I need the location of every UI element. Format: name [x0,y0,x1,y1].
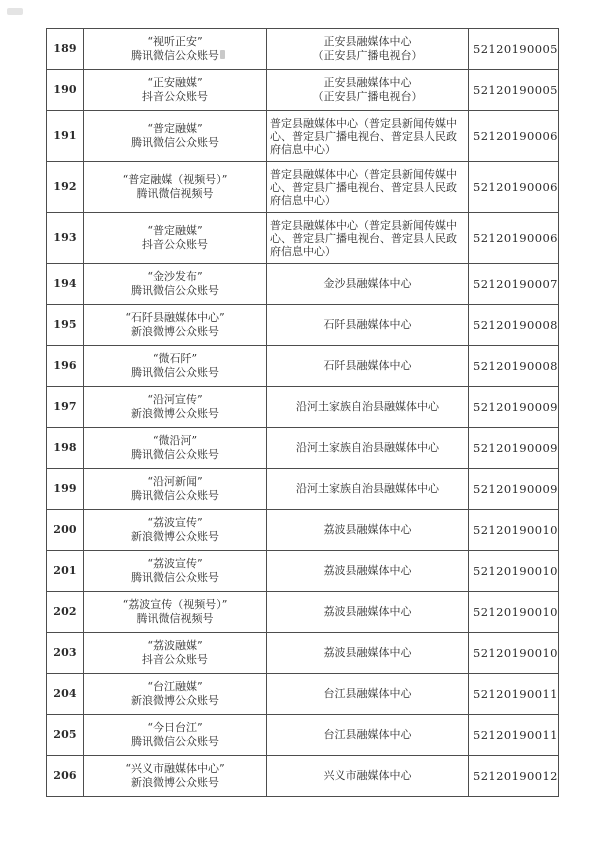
account-name: “视听正安” [88,35,262,49]
table-body: 189“视听正安”腾讯微信公众账号正安县融媒体中心 （正安县广播电视台）5212… [47,29,559,797]
account-cell: “荔波宣传”腾讯微信公众账号 [84,551,267,592]
row-number-cell: 190 [47,70,84,111]
account-cell: “普定融媒（视频号）”腾讯微信视频号 [84,162,267,213]
row-number-cell: 201 [47,551,84,592]
organization-cell: 兴义市融媒体中心 [267,756,469,797]
account-platform-type: 新浪微博公众账号 [88,776,262,790]
license-number-cell: 52120190009 [469,387,559,428]
account-platform-type: 腾讯微信视频号 [88,612,262,626]
organization-cell: 荔波县融媒体中心 [267,510,469,551]
account-cell: “兴义市融媒体中心”新浪微博公众账号 [84,756,267,797]
account-platform-type: 腾讯微信公众账号 [88,366,262,380]
account-cell: “今日台江”腾讯微信公众账号 [84,715,267,756]
license-number-cell: 52120190011 [469,674,559,715]
row-number-cell: 195 [47,305,84,346]
account-name: “今日台江” [88,721,262,735]
account-name: “普定融媒” [88,224,262,238]
table-row: 204“台江融媒”新浪微博公众账号台江县融媒体中心52120190011 [47,674,559,715]
account-name: “荔波宣传” [88,557,262,571]
account-platform-type: 抖音公众账号 [88,90,262,104]
account-name: “荔波宣传（视频号）” [88,598,262,612]
account-cell: “荔波宣传（视频号）”腾讯微信视频号 [84,592,267,633]
table-row: 201“荔波宣传”腾讯微信公众账号荔波县融媒体中心52120190010 [47,551,559,592]
license-number-cell: 52120190006 [469,111,559,162]
organization-cell: 台江县融媒体中心 [267,674,469,715]
account-platform-type: 新浪微博公众账号 [88,530,262,544]
row-number-cell: 205 [47,715,84,756]
table-row: 205“今日台江”腾讯微信公众账号台江县融媒体中心52120190011 [47,715,559,756]
account-platform-type: 新浪微博公众账号 [88,325,262,339]
license-number-cell: 52120190010 [469,510,559,551]
organization-cell: 正安县融媒体中心 （正安县广播电视台） [267,29,469,70]
row-number-cell: 193 [47,213,84,264]
account-platform-type: 抖音公众账号 [88,653,262,667]
organization-cell: 普定县融媒体中心（普定县新闻传媒中心、普定县广播电视台、普定县人民政府信息中心） [267,213,469,264]
account-platform-type: 腾讯微信公众账号 [88,284,262,298]
license-number-cell: 52120190009 [469,469,559,510]
table-row: 190“正安融媒”抖音公众账号正安县融媒体中心 （正安县广播电视台）521201… [47,70,559,111]
license-number-cell: 52120190007 [469,264,559,305]
table-row: 192“普定融媒（视频号）”腾讯微信视频号普定县融媒体中心（普定县新闻传媒中心、… [47,162,559,213]
organization-cell: 沿河土家族自治县融媒体中心 [267,428,469,469]
account-cell: “微沿河”腾讯微信公众账号 [84,428,267,469]
account-cell: “正安融媒”抖音公众账号 [84,70,267,111]
account-name: “普定融媒” [88,122,262,136]
scan-artifact [7,8,23,15]
license-number-cell: 52120190011 [469,715,559,756]
account-name: “荔波融媒” [88,639,262,653]
account-name: “正安融媒” [88,76,262,90]
account-name: “金沙发布” [88,270,262,284]
license-number-cell: 52120190006 [469,162,559,213]
table-row: 200“荔波宣传”新浪微博公众账号荔波县融媒体中心52120190010 [47,510,559,551]
organization-cell: 石阡县融媒体中心 [267,305,469,346]
license-number-cell: 52120190010 [469,592,559,633]
account-platform-type: 新浪微博公众账号 [88,407,262,421]
registration-table: 189“视听正安”腾讯微信公众账号正安县融媒体中心 （正安县广播电视台）5212… [46,28,559,797]
account-platform-type: 新浪微博公众账号 [88,694,262,708]
account-platform-type: 腾讯微信公众账号 [88,448,262,462]
account-platform-type: 腾讯微信公众账号 [88,571,262,585]
row-number-cell: 192 [47,162,84,213]
row-number-cell: 204 [47,674,84,715]
organization-cell: 荔波县融媒体中心 [267,551,469,592]
row-number-cell: 203 [47,633,84,674]
account-cell: “视听正安”腾讯微信公众账号 [84,29,267,70]
account-cell: “金沙发布”腾讯微信公众账号 [84,264,267,305]
row-number-cell: 202 [47,592,84,633]
row-number-cell: 199 [47,469,84,510]
account-name: “微石阡” [88,352,262,366]
account-name: “普定融媒（视频号）” [88,173,262,187]
account-cell: “荔波融媒”抖音公众账号 [84,633,267,674]
account-name: “荔波宣传” [88,516,262,530]
account-cell: “荔波宣传”新浪微博公众账号 [84,510,267,551]
license-number-cell: 52120190008 [469,305,559,346]
table-row: 206“兴义市融媒体中心”新浪微博公众账号兴义市融媒体中心52120190012 [47,756,559,797]
license-number-cell: 52120190012 [469,756,559,797]
row-number-cell: 196 [47,346,84,387]
row-number-cell: 191 [47,111,84,162]
document-page: 189“视听正安”腾讯微信公众账号正安县融媒体中心 （正安县广播电视台）5212… [0,0,600,856]
organization-cell: 荔波县融媒体中心 [267,633,469,674]
organization-cell: 石阡县融媒体中心 [267,346,469,387]
table-row: 198“微沿河”腾讯微信公众账号沿河土家族自治县融媒体中心52120190009 [47,428,559,469]
table-row: 199“沿河新闻”腾讯微信公众账号沿河土家族自治县融媒体中心5212019000… [47,469,559,510]
account-platform-type: 腾讯微信公众账号 [88,49,262,63]
account-name: “台江融媒” [88,680,262,694]
row-number-cell: 200 [47,510,84,551]
license-number-cell: 52120190006 [469,213,559,264]
account-cell: “普定融媒”抖音公众账号 [84,213,267,264]
organization-cell: 正安县融媒体中心 （正安县广播电视台） [267,70,469,111]
organization-cell: 普定县融媒体中心（普定县新闻传媒中心、普定县广播电视台、普定县人民政府信息中心） [267,162,469,213]
account-name: “沿河新闻” [88,475,262,489]
account-cell: “石阡县融媒体中心”新浪微博公众账号 [84,305,267,346]
row-number-cell: 198 [47,428,84,469]
account-name: “沿河宣传” [88,393,262,407]
account-platform-type: 腾讯微信公众账号 [88,735,262,749]
table-row: 203“荔波融媒”抖音公众账号荔波县融媒体中心52120190010 [47,633,559,674]
table-row: 189“视听正安”腾讯微信公众账号正安县融媒体中心 （正安县广播电视台）5212… [47,29,559,70]
account-name: “微沿河” [88,434,262,448]
account-name: “兴义市融媒体中心” [88,762,262,776]
license-number-cell: 52120190009 [469,428,559,469]
license-number-cell: 52120190005 [469,29,559,70]
table-row: 191“普定融媒”腾讯微信公众账号普定县融媒体中心（普定县新闻传媒中心、普定县广… [47,111,559,162]
account-platform-type: 腾讯微信视频号 [88,187,262,201]
row-number-cell: 206 [47,756,84,797]
table-row: 196“微石阡”腾讯微信公众账号石阡县融媒体中心52120190008 [47,346,559,387]
row-number-cell: 197 [47,387,84,428]
account-cell: “普定融媒”腾讯微信公众账号 [84,111,267,162]
account-cell: “沿河宣传”新浪微博公众账号 [84,387,267,428]
table-row: 202“荔波宣传（视频号）”腾讯微信视频号荔波县融媒体中心52120190010 [47,592,559,633]
license-number-cell: 52120190008 [469,346,559,387]
table-row: 193“普定融媒”抖音公众账号普定县融媒体中心（普定县新闻传媒中心、普定县广播电… [47,213,559,264]
account-name: “石阡县融媒体中心” [88,311,262,325]
table-row: 195“石阡县融媒体中心”新浪微博公众账号石阡县融媒体中心52120190008 [47,305,559,346]
table-row: 194“金沙发布”腾讯微信公众账号金沙县融媒体中心52120190007 [47,264,559,305]
account-cell: “台江融媒”新浪微博公众账号 [84,674,267,715]
license-number-cell: 52120190010 [469,551,559,592]
organization-cell: 普定县融媒体中心（普定县新闻传媒中心、普定县广播电视台、普定县人民政府信息中心） [267,111,469,162]
license-number-cell: 52120190005 [469,70,559,111]
organization-cell: 沿河土家族自治县融媒体中心 [267,387,469,428]
organization-cell: 台江县融媒体中心 [267,715,469,756]
table-row: 197“沿河宣传”新浪微博公众账号沿河土家族自治县融媒体中心5212019000… [47,387,559,428]
row-number-cell: 189 [47,29,84,70]
account-cell: “微石阡”腾讯微信公众账号 [84,346,267,387]
organization-cell: 金沙县融媒体中心 [267,264,469,305]
account-platform-type: 抖音公众账号 [88,238,262,252]
organization-cell: 荔波县融媒体中心 [267,592,469,633]
account-platform-type: 腾讯微信公众账号 [88,136,262,150]
account-platform-type: 腾讯微信公众账号 [88,489,262,503]
row-number-cell: 194 [47,264,84,305]
license-number-cell: 52120190010 [469,633,559,674]
organization-cell: 沿河土家族自治县融媒体中心 [267,469,469,510]
account-cell: “沿河新闻”腾讯微信公众账号 [84,469,267,510]
